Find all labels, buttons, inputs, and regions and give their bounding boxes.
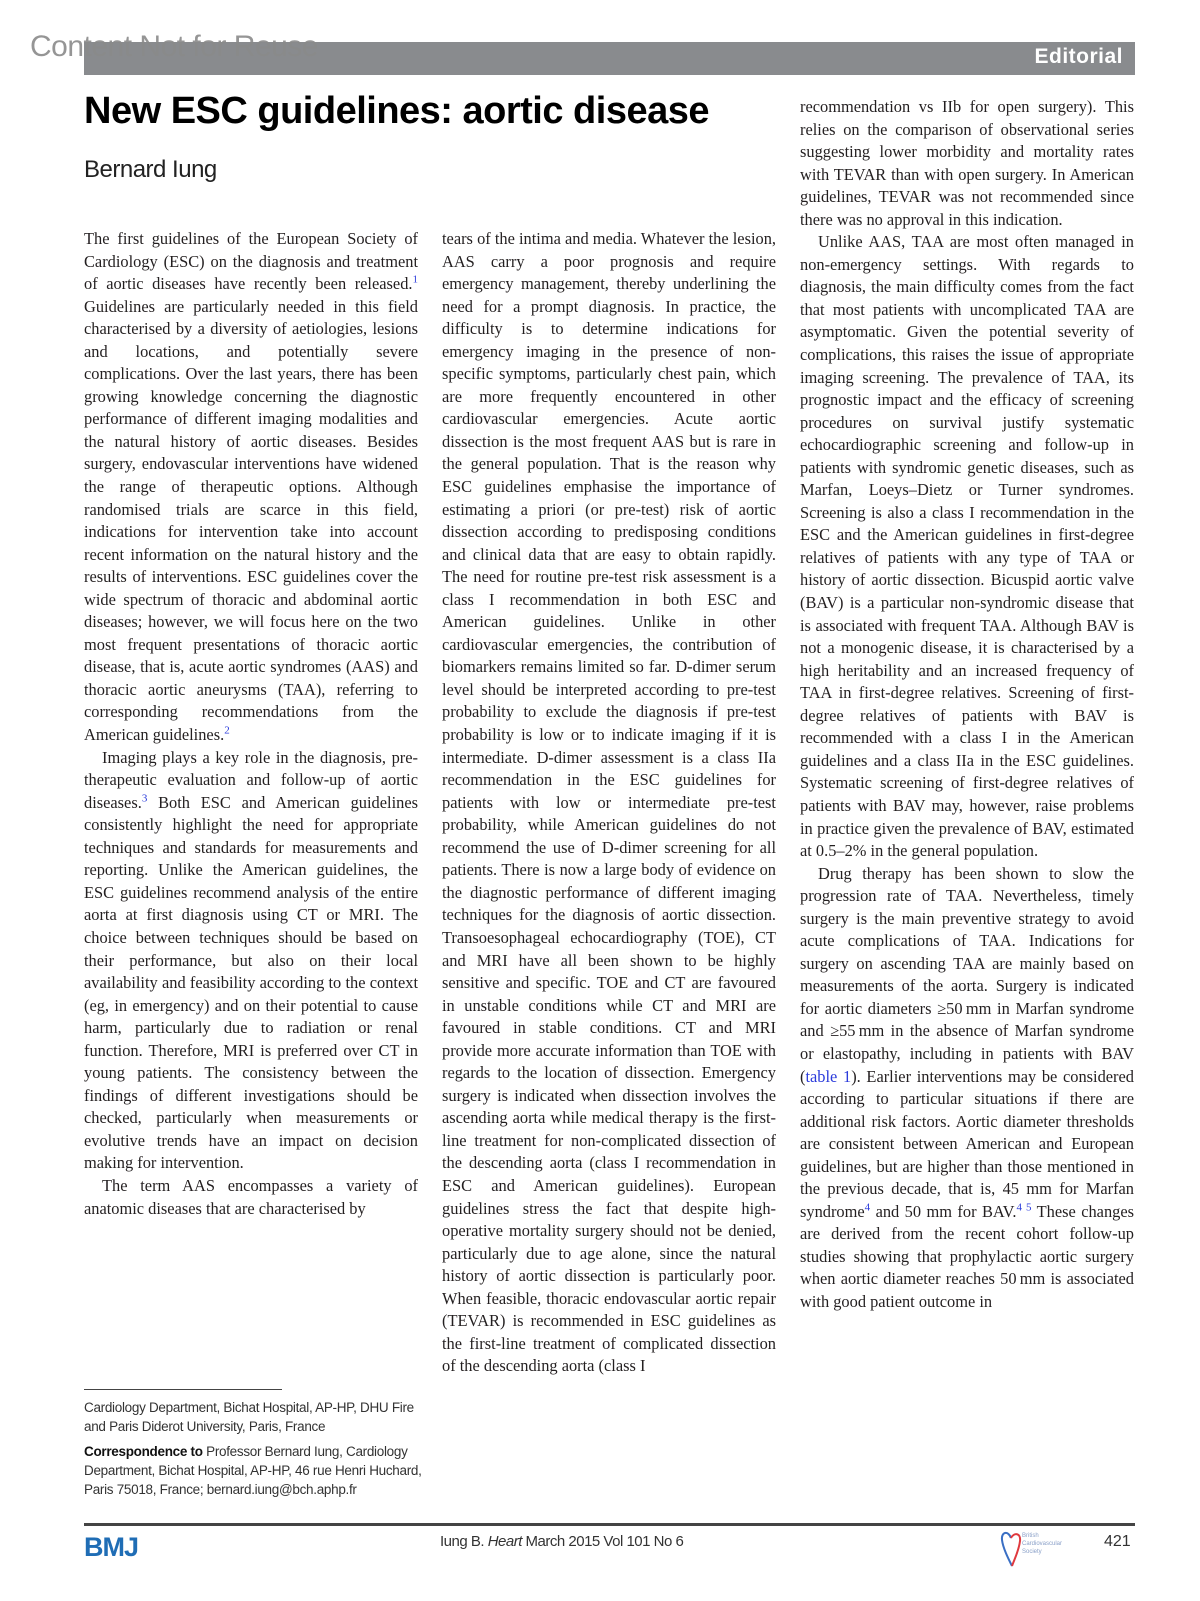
bcs-logo-text: British Cardiovascular Society bbox=[1022, 1532, 1070, 1556]
text: Guidelines are particularly needed in th… bbox=[84, 297, 418, 744]
body-column-1: The first guidelines of the European Soc… bbox=[84, 228, 418, 1220]
affiliation-block: Cardiology Department, Bichat Hospital, … bbox=[84, 1398, 424, 1505]
watermark: Content Not for Reuse bbox=[30, 30, 318, 64]
heart-icon bbox=[1000, 1530, 1022, 1568]
text: Drug therapy has been shown to slow the … bbox=[800, 864, 1134, 1086]
correspondence-label: Correspondence to bbox=[84, 1444, 203, 1459]
article-author: Bernard Iung bbox=[84, 156, 217, 184]
reference-link[interactable]: 1 bbox=[413, 274, 419, 286]
footer-citation: Iung B. Heart March 2015 Vol 101 No 6 bbox=[440, 1533, 683, 1550]
citation-journal: Heart bbox=[488, 1533, 522, 1550]
text: Both ESC and American guidelines consist… bbox=[84, 793, 418, 1173]
citation-details: March 2015 Vol 101 No 6 bbox=[522, 1533, 683, 1550]
article-title: New ESC guidelines: aortic disease bbox=[84, 90, 709, 133]
paragraph: Imaging plays a key role in the diagno­s… bbox=[84, 747, 418, 1175]
paragraph: tears of the intima and media. Whatever … bbox=[442, 228, 776, 1378]
text: The first guidelines of the European Soc… bbox=[84, 229, 418, 293]
paragraph: The term AAS encompasses a variety of an… bbox=[84, 1175, 418, 1220]
body-column-3: recommendation vs IIb for open surgery).… bbox=[800, 96, 1134, 1314]
table-link[interactable]: table 1 bbox=[805, 1067, 851, 1086]
paragraph: The first guidelines of the European Soc… bbox=[84, 228, 418, 747]
citation-author: Iung B. bbox=[440, 1533, 488, 1550]
section-label: Editorial bbox=[1034, 45, 1123, 69]
correspondence: Correspondence to Professor Bernard Iung… bbox=[84, 1442, 424, 1499]
reference-link[interactable]: 2 bbox=[224, 725, 230, 737]
bmj-logo: BMJ bbox=[84, 1532, 138, 1563]
paragraph: recommendation vs IIb for open surgery).… bbox=[800, 96, 1134, 231]
affiliation-divider bbox=[84, 1389, 282, 1390]
reference-link[interactable]: 4 5 bbox=[1016, 1201, 1031, 1213]
page-number: 421 bbox=[1104, 1533, 1131, 1551]
text: ). Earlier interventions may be consider… bbox=[800, 1067, 1134, 1221]
bcs-logo: British Cardiovascular Society bbox=[1000, 1530, 1070, 1568]
paragraph: Drug therapy has been shown to slow the … bbox=[800, 863, 1134, 1314]
affiliation-dept: Cardiology Department, Bichat Hospital, … bbox=[84, 1398, 424, 1436]
body-column-2: tears of the intima and media. Whatever … bbox=[442, 228, 776, 1378]
text: and 50 mm for BAV. bbox=[870, 1202, 1016, 1221]
paragraph: Unlike AAS, TAA are most often managed i… bbox=[800, 231, 1134, 862]
footer-divider bbox=[84, 1523, 1135, 1526]
